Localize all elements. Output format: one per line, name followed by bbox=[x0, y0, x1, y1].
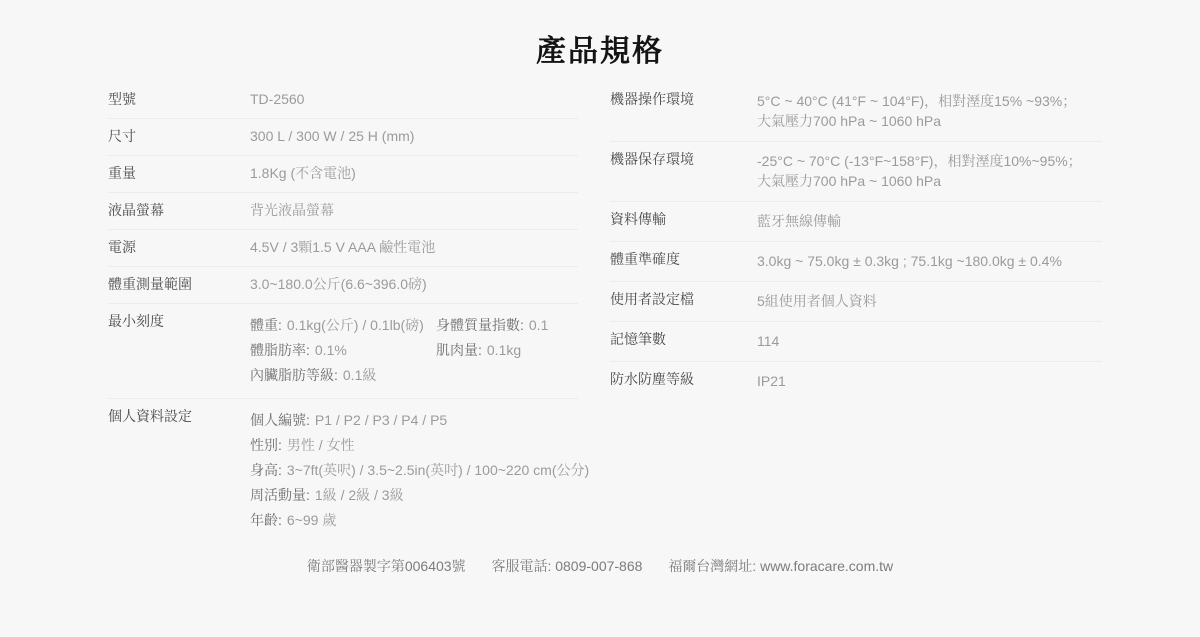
spec-row-memory-count: 記憶筆數 114 bbox=[610, 322, 1102, 362]
profile-line: 周活動量:1級 / 2級 / 3級 bbox=[250, 483, 589, 508]
value-line: 藍牙無線傳輸 bbox=[757, 211, 841, 231]
item-value: 3~7ft(英呎) / 3.5~2.5in(英吋) / 100~220 cm(公… bbox=[287, 462, 589, 478]
item-value: P1 / P2 / P3 / P4 / P5 bbox=[315, 412, 447, 428]
item-key: 肌肉量: bbox=[436, 342, 482, 358]
spec-label: 型號 bbox=[108, 91, 250, 108]
spec-column-right: 機器操作環境 5°C ~ 40°C (41°F ~ 104°F)，相對溼度15%… bbox=[610, 82, 1102, 401]
spec-value: TD-2560 bbox=[250, 91, 304, 108]
spec-row-operating-env: 機器操作環境 5°C ~ 40°C (41°F ~ 104°F)，相對溼度15%… bbox=[610, 82, 1102, 142]
profile-line: 性別:男性 / 女性 bbox=[250, 433, 589, 458]
item-key: 身高: bbox=[250, 462, 282, 478]
item-key: 內臟脂肪等級: bbox=[250, 367, 338, 383]
spec-label: 體重準確度 bbox=[610, 251, 757, 268]
spec-label: 體重測量範圍 bbox=[108, 276, 250, 293]
spec-row-model: 型號 TD-2560 bbox=[108, 82, 578, 119]
spec-row-user-profiles: 使用者設定檔 5組使用者個人資料 bbox=[610, 282, 1102, 322]
item-key: 年齡: bbox=[250, 512, 282, 528]
item-key: 體重: bbox=[250, 317, 282, 333]
spec-label: 液晶螢幕 bbox=[108, 202, 250, 219]
min-scale-item: 體重:0.1kg(公斤) / 0.1lb(磅) bbox=[250, 313, 436, 338]
spec-row-weight: 重量 1.8Kg (不含電池) bbox=[108, 156, 578, 193]
spec-label: 資料傳輸 bbox=[610, 211, 757, 228]
item-key: 性別: bbox=[250, 437, 282, 453]
profile-line: 個人編號:P1 / P2 / P3 / P4 / P5 bbox=[250, 408, 589, 433]
spec-row-power: 電源 4.5V / 3顆1.5 V AAA 鹼性電池 bbox=[108, 230, 578, 267]
min-scale-grid: 體重:0.1kg(公斤) / 0.1lb(磅) 體脂肪率:0.1% 內臟脂肪等級… bbox=[250, 313, 548, 388]
spec-value: 1.8Kg (不含電池) bbox=[250, 165, 356, 182]
value-line: 5°C ~ 40°C (41°F ~ 104°F)，相對溼度15% ~93%； bbox=[757, 91, 1076, 111]
page-title: 產品規格 bbox=[0, 26, 1200, 70]
spec-value: 3.0~180.0公斤(6.6~396.0磅) bbox=[250, 276, 427, 293]
spec-label: 機器保存環境 bbox=[610, 151, 757, 168]
spec-value: 4.5V / 3顆1.5 V AAA 鹼性電池 bbox=[250, 239, 435, 256]
spec-row-dimensions: 尺寸 300 L / 300 W / 25 H (mm) bbox=[108, 119, 578, 156]
profile-line: 身高:3~7ft(英呎) / 3.5~2.5in(英吋) / 100~220 c… bbox=[250, 458, 589, 483]
spec-row-min-scale: 最小刻度 體重:0.1kg(公斤) / 0.1lb(磅) 體脂肪率:0.1% 內… bbox=[108, 304, 578, 399]
min-scale-col1: 體重:0.1kg(公斤) / 0.1lb(磅) 體脂肪率:0.1% 內臟脂肪等級… bbox=[250, 313, 436, 388]
item-value: 0.1% bbox=[315, 342, 347, 358]
spec-value: 114 bbox=[757, 331, 779, 351]
item-key: 周活動量: bbox=[250, 487, 310, 503]
value-line: 3.0kg ~ 75.0kg ± 0.3kg ; 75.1kg ~180.0kg… bbox=[757, 251, 1062, 271]
item-value: 0.1kg bbox=[487, 342, 521, 358]
value-line: 5組使用者個人資料 bbox=[757, 291, 877, 311]
spec-label: 機器操作環境 bbox=[610, 91, 757, 108]
value-line: 大氣壓力700 hPa ~ 1060 hPa bbox=[757, 111, 1076, 131]
spec-row-storage-env: 機器保存環境 -25°C ~ 70°C (-13°F~158°F)，相對溼度10… bbox=[610, 142, 1102, 202]
min-scale-col2: 身體質量指數:0.1 肌肉量:0.1kg bbox=[436, 313, 548, 388]
spec-label: 記憶筆數 bbox=[610, 331, 757, 348]
spec-label: 最小刻度 bbox=[108, 313, 250, 330]
min-scale-item: 內臟脂肪等級:0.1級 bbox=[250, 363, 436, 388]
profile-lines: 個人編號:P1 / P2 / P3 / P4 / P5 性別:男性 / 女性 身… bbox=[250, 408, 589, 533]
footer: 衛部醫器製字第006403號 客服電話: 0809-007-868 福爾台灣網址… bbox=[0, 556, 1200, 576]
min-scale-item: 肌肉量:0.1kg bbox=[436, 338, 548, 363]
spec-value: 3.0kg ~ 75.0kg ± 0.3kg ; 75.1kg ~180.0kg… bbox=[757, 251, 1062, 271]
footer-website: 福爾台灣網址: www.foracare.com.tw bbox=[668, 556, 893, 576]
item-key: 身體質量指數: bbox=[436, 317, 524, 333]
min-scale-item: 體脂肪率:0.1% bbox=[250, 338, 436, 363]
spec-value: 300 L / 300 W / 25 H (mm) bbox=[250, 128, 414, 145]
item-value: 0.1級 bbox=[343, 367, 376, 383]
item-value: 男性 / 女性 bbox=[287, 437, 355, 453]
item-value: 1級 / 2級 / 3級 bbox=[315, 487, 404, 503]
spec-row-data-transfer: 資料傳輸 藍牙無線傳輸 bbox=[610, 202, 1102, 242]
spec-row-weight-accuracy: 體重準確度 3.0kg ~ 75.0kg ± 0.3kg ; 75.1kg ~1… bbox=[610, 242, 1102, 282]
spec-value: 5°C ~ 40°C (41°F ~ 104°F)，相對溼度15% ~93%； … bbox=[757, 91, 1076, 131]
spec-label: 尺寸 bbox=[108, 128, 250, 145]
spec-label: 重量 bbox=[108, 165, 250, 182]
item-value: 6~99 歲 bbox=[287, 512, 336, 528]
spec-label: 使用者設定檔 bbox=[610, 291, 757, 308]
footer-service-phone: 客服電話: 0809-007-868 bbox=[491, 556, 642, 576]
value-line: -25°C ~ 70°C (-13°F~158°F)，相對溼度10%~95%； bbox=[757, 151, 1082, 171]
min-scale-item: 身體質量指數:0.1 bbox=[436, 313, 548, 338]
value-line: 大氣壓力700 hPa ~ 1060 hPa bbox=[757, 171, 1082, 191]
footer-license-number: 衛部醫器製字第006403號 bbox=[307, 556, 466, 576]
value-line: 114 bbox=[757, 331, 779, 351]
item-value: 0.1kg(公斤) / 0.1lb(磅) bbox=[287, 317, 424, 333]
spec-value: 背光液晶螢幕 bbox=[250, 202, 334, 219]
value-line: IP21 bbox=[757, 371, 786, 391]
spec-column-left: 型號 TD-2560 尺寸 300 L / 300 W / 25 H (mm) … bbox=[108, 82, 578, 543]
spec-label: 防水防塵等級 bbox=[610, 371, 757, 388]
spec-label: 電源 bbox=[108, 239, 250, 256]
item-value: 0.1 bbox=[529, 317, 548, 333]
spec-value: IP21 bbox=[757, 371, 786, 391]
spec-row-profile-settings: 個人資料設定 個人編號:P1 / P2 / P3 / P4 / P5 性別:男性… bbox=[108, 399, 578, 543]
spec-row-display: 液晶螢幕 背光液晶螢幕 bbox=[108, 193, 578, 230]
item-key: 體脂肪率: bbox=[250, 342, 310, 358]
profile-line: 年齡:6~99 歲 bbox=[250, 508, 589, 533]
spec-row-ip-rating: 防水防塵等級 IP21 bbox=[610, 362, 1102, 401]
item-key: 個人編號: bbox=[250, 412, 310, 428]
spec-value: 5組使用者個人資料 bbox=[757, 291, 877, 311]
spec-row-measure-range: 體重測量範圍 3.0~180.0公斤(6.6~396.0磅) bbox=[108, 267, 578, 304]
spec-value: -25°C ~ 70°C (-13°F~158°F)，相對溼度10%~95%； … bbox=[757, 151, 1082, 191]
spec-label: 個人資料設定 bbox=[108, 408, 250, 425]
spec-value: 藍牙無線傳輸 bbox=[757, 211, 841, 231]
